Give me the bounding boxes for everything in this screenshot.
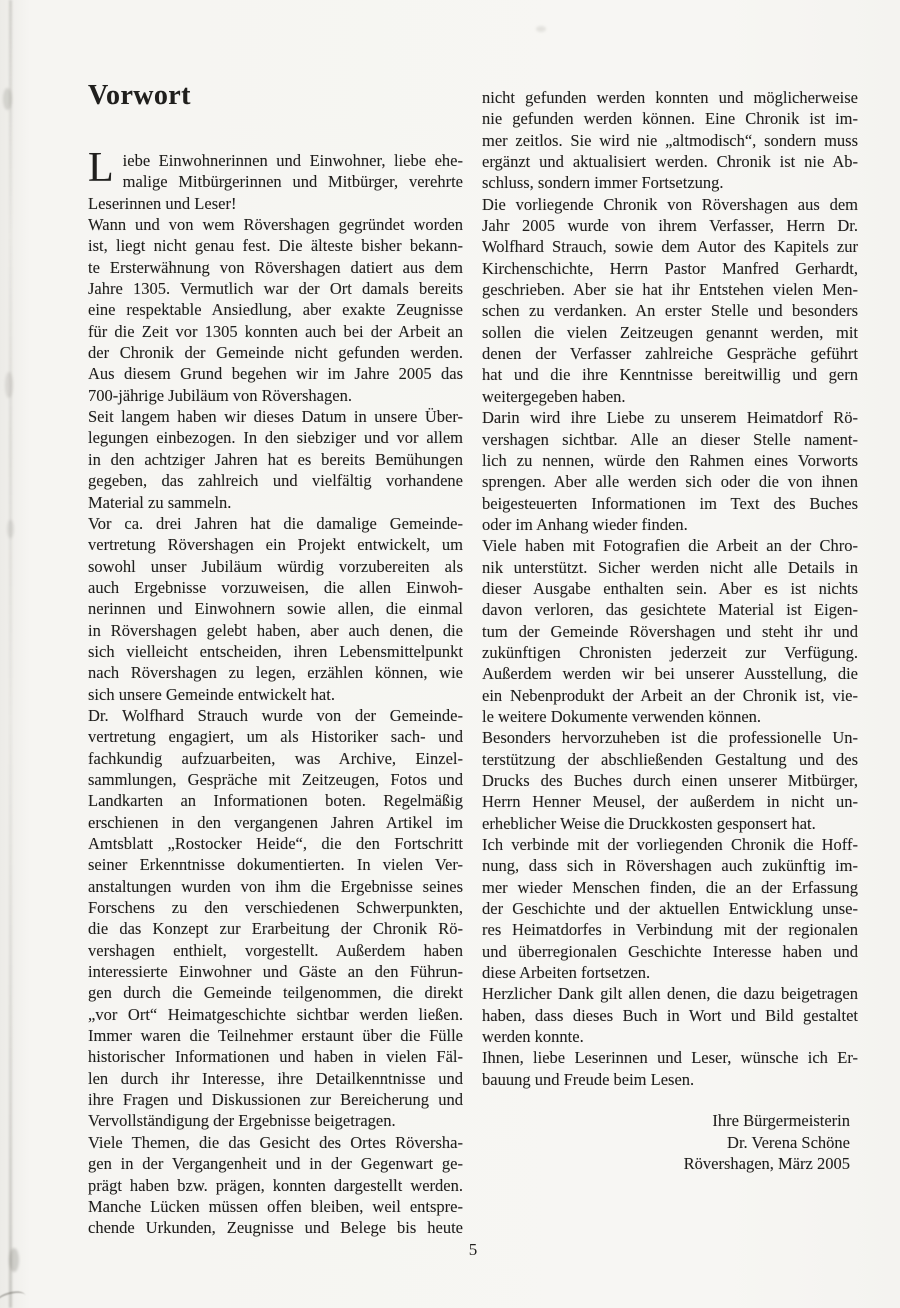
scanned-book-page: Vorwort Liebe Einwohnerinnen und Einwohn… xyxy=(0,0,900,1308)
dropcap-letter: L xyxy=(88,151,114,191)
signature-block: Ihre BürgermeisterinDr. Verena SchöneRöv… xyxy=(482,1110,858,1175)
text-line: sammlungen, Gespräche mit Zeitzeugen, Fo… xyxy=(88,769,463,790)
scan-smudge-artifact xyxy=(5,372,13,398)
text-line: legungen einbezogen. In den siebziger un… xyxy=(88,427,463,448)
text-line: ist, liegt nicht genau fest. Die älteste… xyxy=(88,235,463,256)
text-line: beigesteuerten Informationen im Text des… xyxy=(482,493,858,514)
scan-smudge-artifact xyxy=(9,1248,19,1272)
text-line: erheblicher Weise die Druckkosten gespon… xyxy=(482,813,858,834)
text-line: historischer Informationen und haben in … xyxy=(88,1046,463,1067)
paragraph: Seit langem haben wir dieses Datum in un… xyxy=(88,406,463,513)
text-line: Aus diesem Grund begehen wir im Jahre 20… xyxy=(88,363,463,384)
text-line: interessierte Einwohner und Gäste an den… xyxy=(88,961,463,982)
text-line: hat und die ihre Kenntnisse bereitwillig… xyxy=(482,364,858,385)
text-line: sollen die vielen Zeitzeugen genannt wer… xyxy=(482,322,858,343)
text-line: gen durch die Gemeinde teilgenommen, die… xyxy=(88,982,463,1003)
text-line: schen zu verdanken. An erster Stelle und… xyxy=(482,300,858,321)
text-line: oder im Anhang wieder finden. xyxy=(482,514,858,535)
text-line: malige Mitbürgerinnen und Mitbürger, ver… xyxy=(88,171,463,192)
text-line: Seit langem haben wir dieses Datum in un… xyxy=(88,406,463,427)
text-line: werden konnte. xyxy=(482,1026,858,1047)
text-line: bauung und Freude beim Lesen. xyxy=(482,1069,858,1090)
signature-line: Ihre Bürgermeisterin xyxy=(482,1110,850,1132)
text-line: Immer waren die Teilnehmer erstaunt über… xyxy=(88,1025,463,1046)
text-line: vertretung engagiert, um als Historiker … xyxy=(88,726,463,747)
text-line: der Chronik der Gemeinde nicht gefunden … xyxy=(88,342,463,363)
text-line: Landkarten an Informationen boten. Regel… xyxy=(88,790,463,811)
text-line: in den achtziger Jahren hat es bereits B… xyxy=(88,449,463,470)
text-line: ergänzt und aktualisiert werden. Chronik… xyxy=(482,151,858,172)
right-column: nicht gefunden werden konnten und möglic… xyxy=(482,87,858,1175)
text-line: der Geschichte und der aktuellen Entwick… xyxy=(482,898,858,919)
text-line: iebe Einwohnerinnen und Einwohner, liebe… xyxy=(88,150,463,171)
text-line: Kirchenschichte, Herrn Pastor Manfred Ge… xyxy=(482,258,858,279)
text-line: ein Nebenprodukt der Arbeit an der Chron… xyxy=(482,685,858,706)
text-line: tum der Gemeinde Rövershagen und steht i… xyxy=(482,621,858,642)
text-line: nicht gefunden werden konnten und möglic… xyxy=(482,87,858,108)
text-line: mer wieder Menschen finden, die an der E… xyxy=(482,877,858,898)
paragraph: Dr. Wolfhard Strauch wurde von der Gemei… xyxy=(88,705,463,1132)
text-line: Viele haben mit Fotografien die Arbeit a… xyxy=(482,535,858,556)
text-line: seiner Erkenntnisse dokumentierten. In v… xyxy=(88,854,463,875)
text-line: mer zeitlos. Sie wird nie „altmodisch“, … xyxy=(482,130,858,151)
text-line: und überregionalen Geschichte Interesse … xyxy=(482,941,858,962)
text-line: haben, dass dieses Buch in Wort und Bild… xyxy=(482,1005,858,1026)
paragraph: Besonders hervorzuheben ist die professi… xyxy=(482,727,858,834)
signature-line: Dr. Verena Schöne xyxy=(482,1132,850,1154)
text-line: res Heimatdorfes in Verbindung mit der r… xyxy=(482,919,858,940)
text-line: „vor Ort“ Heimatgeschichte sichtbar werd… xyxy=(88,1004,463,1025)
text-line: anstaltungen wurden von ihm die Ergebnis… xyxy=(88,876,463,897)
text-line: vertretung Rövershagen ein Projekt entwi… xyxy=(88,534,463,555)
text-line: sich unsere Gemeinde entwickelt hat. xyxy=(88,684,463,705)
text-line: Viele Themen, die das Gesicht des Ortes … xyxy=(88,1132,463,1153)
text-line: zukünftigen Chronisten jederzeit zur Ver… xyxy=(482,642,858,663)
paragraph: nicht gefunden werden konnten und möglic… xyxy=(482,87,858,194)
text-line: len durch ihr Interesse, ihre Detailkenn… xyxy=(88,1068,463,1089)
text-line: nung, dass sich in Rövershagen auch zukü… xyxy=(482,855,858,876)
text-line: Außerdem werden wir bei unserer Ausstell… xyxy=(482,663,858,684)
text-line: Ich verbinde mit der vorliegenden Chroni… xyxy=(482,834,858,855)
scan-smudge-artifact xyxy=(536,26,546,32)
paragraph: Wann und von wem Rövershagen gegründet w… xyxy=(88,214,463,406)
text-line: sich vielleicht entscheiden, ihren Leben… xyxy=(88,641,463,662)
text-line: Material zu sammeln. xyxy=(88,492,463,513)
text-line: Darin wird ihre Liebe zu unserem Heimatd… xyxy=(482,407,858,428)
text-line: terstützung der abschließenden Gestaltun… xyxy=(482,749,858,770)
text-line: geschrieben. Aber sie hat ihr Entstehen … xyxy=(482,279,858,300)
text-line: 700-jährige Jubiläum von Rövershagen. xyxy=(88,385,463,406)
text-line: nerinnen und Einwohnern sowie allen, die… xyxy=(88,598,463,619)
text-line: vershagen sichtbar. Alle an dieser Stell… xyxy=(482,429,858,450)
text-line: nik unterstützt. Sicher werden nicht all… xyxy=(482,557,858,578)
text-line: fachkundig aufzuarbeiten, was Archive, E… xyxy=(88,748,463,769)
text-line: weitergegeben haben. xyxy=(482,386,858,407)
text-line: Die vorliegende Chronik von Rövershagen … xyxy=(482,194,858,215)
paragraph: Vor ca. drei Jahren hat die damalige Gem… xyxy=(88,513,463,705)
text-line: Amtsblatt „Rostocker Heide“, die den For… xyxy=(88,833,463,854)
text-line: chende Urkunden, Zeugnisse und Belege bi… xyxy=(88,1217,463,1238)
scan-smudge-artifact xyxy=(7,520,14,538)
text-line: dieser Ausgabe enthalten sein. Aber es i… xyxy=(482,578,858,599)
paragraph: Ihnen, liebe Leserinnen und Leser, wünsc… xyxy=(482,1047,858,1090)
text-line: Jahr 2005 wurde von ihrem Verfasser, Her… xyxy=(482,215,858,236)
paragraph: Herzlicher Dank gilt allen denen, die da… xyxy=(482,983,858,1047)
paragraph: Liebe Einwohnerinnen und Einwohner, lieb… xyxy=(88,150,463,214)
text-line: vershagen enthielt, vorgestellt. Außerde… xyxy=(88,940,463,961)
text-line: Forschens zu den verschiedenen Schwerpun… xyxy=(88,897,463,918)
signature-line: Rövershagen, März 2005 xyxy=(482,1153,850,1175)
text-line: in Rövershagen gelebt haben, aber auch d… xyxy=(88,620,463,641)
paragraph: Viele Themen, die das Gesicht des Ortes … xyxy=(88,1132,463,1239)
scan-crease-artifact xyxy=(9,0,12,1308)
text-line: für die Zeit vor 1305 konnten auch bei d… xyxy=(88,321,463,342)
text-line: davon verloren, das gesichtete Material … xyxy=(482,599,858,620)
page-title: Vorwort xyxy=(88,80,463,112)
left-column: Vorwort Liebe Einwohnerinnen und Einwohn… xyxy=(88,0,463,1239)
text-line: schluss, sondern immer Fortsetzung. xyxy=(482,172,858,193)
text-line: gen in der Vergangenheit und in der Gege… xyxy=(88,1153,463,1174)
text-line: Ihnen, liebe Leserinnen und Leser, wünsc… xyxy=(482,1047,858,1068)
scan-corner-mark-artifact xyxy=(0,1289,27,1308)
text-line: te Ersterwähnung von Rövershagen datiert… xyxy=(88,257,463,278)
text-line: auch Ergebnisse vorzuweisen, die allen E… xyxy=(88,577,463,598)
text-line: Manche Lücken müssen offen bleiben, weil… xyxy=(88,1196,463,1217)
text-line: Vervollständigung der Ergebnisse beigetr… xyxy=(88,1110,463,1131)
text-line: die das Konzept zur Erarbeitung der Chro… xyxy=(88,918,463,939)
scan-smudge-artifact xyxy=(3,88,12,110)
text-line: Drucks des Buches durch einen unserer Mi… xyxy=(482,770,858,791)
text-line: Vor ca. drei Jahren hat die damalige Gem… xyxy=(88,513,463,534)
text-line: Dr. Wolfhard Strauch wurde von der Gemei… xyxy=(88,705,463,726)
text-line: Jahre 1305. Vermutlich war der Ort damal… xyxy=(88,278,463,299)
paragraph: Ich verbinde mit der vorliegenden Chroni… xyxy=(482,834,858,983)
text-line: sprengen. Aber alle werden sich oder die… xyxy=(482,471,858,492)
text-line: erschienen in den vergangenen Jahren Art… xyxy=(88,812,463,833)
text-line: prägt haben bzw. prägen, konnten dargest… xyxy=(88,1175,463,1196)
text-line: Besonders hervorzuheben ist die professi… xyxy=(482,727,858,748)
text-line: Herzlicher Dank gilt allen denen, die da… xyxy=(482,983,858,1004)
text-line: Wann und von wem Rövershagen gegründet w… xyxy=(88,214,463,235)
text-line: denen der Verfasser zahlreiche Gespräche… xyxy=(482,343,858,364)
text-line: Herrn Henner Meusel, der außerdem in nic… xyxy=(482,791,858,812)
text-line: nie gefunden werden können. Eine Chronik… xyxy=(482,108,858,129)
paragraph: Viele haben mit Fotografien die Arbeit a… xyxy=(482,535,858,727)
page-number: 5 xyxy=(88,1240,858,1260)
text-line: ihre Fragen und Diskussionen zur Bereich… xyxy=(88,1089,463,1110)
text-line: sowohl unser Jubiläum würdig vorzubereit… xyxy=(88,556,463,577)
text-line: eine respektable Ansiedlung, aber exakte… xyxy=(88,299,463,320)
paragraph: Die vorliegende Chronik von Rövershagen … xyxy=(482,194,858,407)
text-line: lich zu nennen, würde den Rahmen eines V… xyxy=(482,450,858,471)
text-line: nach Rövershagen zu legen, erzählen könn… xyxy=(88,662,463,683)
text-line: le weitere Dokumente verwenden können. xyxy=(482,706,858,727)
text-line: Leserinnen und Leser! xyxy=(88,193,463,214)
text-line: Wolfhard Strauch, sowie dem Autor des Ka… xyxy=(482,236,858,257)
paragraph: Darin wird ihre Liebe zu unserem Heimatd… xyxy=(482,407,858,535)
text-line: diese Arbeiten fortsetzen. xyxy=(482,962,858,983)
text-line: gegeben, das zahlreich und vielfältig vo… xyxy=(88,470,463,491)
